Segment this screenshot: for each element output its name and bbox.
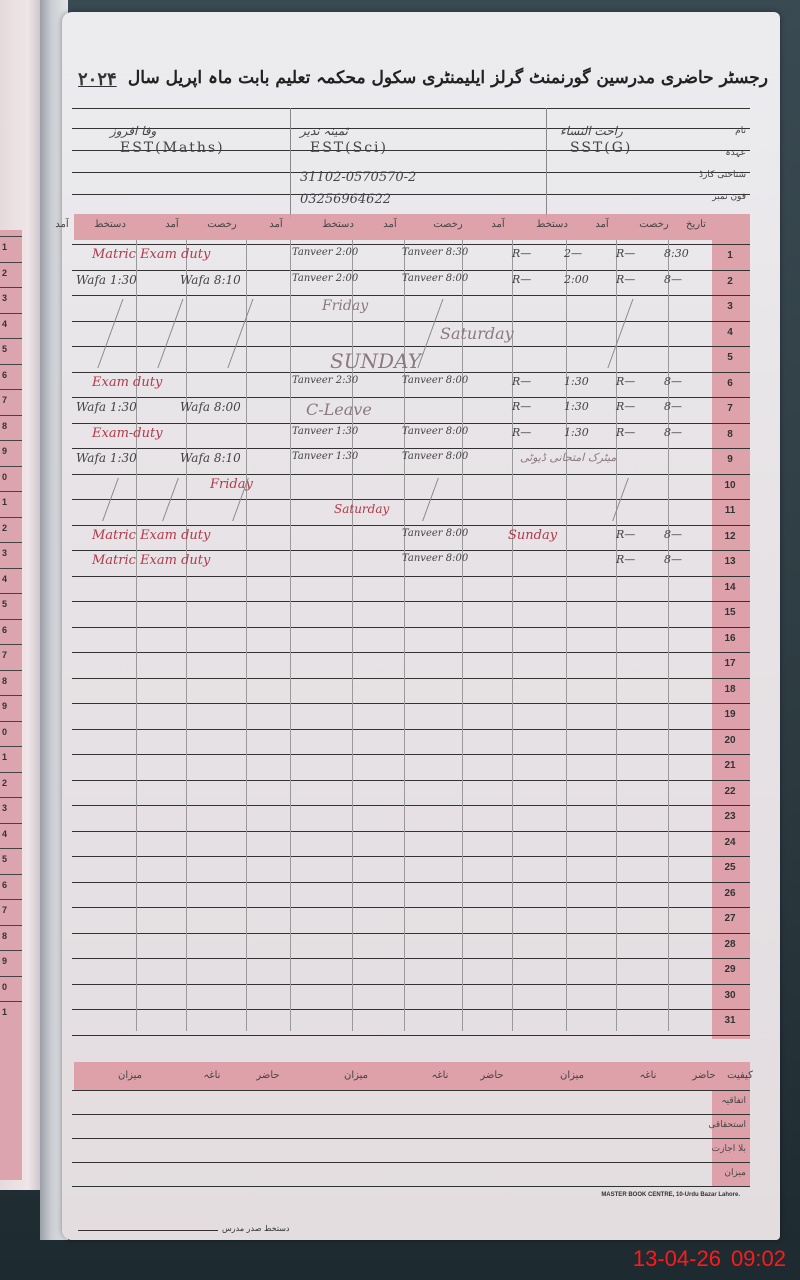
holiday-slash [98, 299, 124, 368]
row-rule [72, 652, 750, 653]
day-number: 24 [716, 837, 744, 848]
left-page-number: 5 [2, 854, 20, 864]
left-page-rule [0, 746, 22, 747]
left-page-number: 3 [2, 293, 20, 303]
teacher-designation: EST(Sci) [310, 140, 388, 156]
handwritten-entry: 8— [664, 426, 682, 439]
handwritten-entry: Tanveer 2:30 [292, 375, 358, 386]
row-rule [72, 448, 750, 449]
left-page-number: 6 [2, 625, 20, 635]
signature-label: دستخط صدر مدرس [222, 1224, 290, 1233]
row-rule [72, 397, 750, 398]
row-rule [72, 703, 750, 704]
column-header: آمد [42, 219, 82, 230]
handwritten-entry: Tanveer 1:30 [292, 426, 358, 437]
day-number: 25 [716, 862, 744, 873]
left-page-rule [0, 670, 22, 671]
handwritten-entry: Saturday [334, 502, 389, 516]
left-page-rule [0, 593, 22, 594]
row-rule [72, 958, 750, 959]
left-page-number: 5 [2, 344, 20, 354]
handwritten-entry: Sunday [508, 528, 557, 543]
row-rule [72, 346, 750, 347]
handwritten-entry: میٹرک امتحانی ڈیوٹی [520, 451, 616, 464]
handwritten-entry: 8— [664, 375, 682, 388]
day-number: 31 [716, 1015, 744, 1026]
left-page-rule [0, 262, 22, 263]
holiday-slash [158, 299, 184, 368]
summary-rule [72, 1114, 750, 1115]
left-page-number: 1 [2, 497, 20, 507]
left-page-number: 0 [2, 472, 20, 482]
left-page-rule [0, 389, 22, 390]
handwritten-entry: R— [512, 400, 531, 413]
summary-rule [72, 1090, 750, 1091]
day-number: 29 [716, 964, 744, 975]
handwritten-entry: Wafa 1:30 [76, 451, 137, 465]
timestamp-date: 13-04-26 [633, 1246, 721, 1271]
summary-header: کیفیت [720, 1070, 760, 1081]
day-number: 16 [716, 633, 744, 644]
row-rule [72, 754, 750, 755]
handwritten-entry: Matric Exam duty [92, 528, 210, 543]
teacher-designation: SST(G) [570, 140, 632, 156]
left-page-number: 7 [2, 395, 20, 405]
year-value: ۲۰۲۴ [78, 69, 117, 90]
header-divider [546, 108, 547, 218]
left-page-number: 3 [2, 548, 20, 558]
handwritten-entry: 8— [664, 400, 682, 413]
left-page-rule [0, 695, 22, 696]
handwritten-entry: R— [616, 528, 635, 541]
header-rule [72, 108, 750, 109]
handwritten-entry: R— [512, 247, 531, 260]
handwritten-entry: C-Leave [306, 400, 372, 419]
summary-header: میزان [336, 1070, 376, 1081]
left-page-number: 4 [2, 319, 20, 329]
camera-timestamp: 13-04-2609:02 [623, 1246, 786, 1272]
left-page-rule [0, 823, 22, 824]
column-header: دستخط [90, 219, 130, 230]
column-header: رخصت [202, 219, 242, 230]
day-number: 26 [716, 888, 744, 899]
handwritten-entry: Friday [322, 298, 368, 314]
handwritten-entry: R— [512, 273, 531, 286]
day-number: 22 [716, 786, 744, 797]
handwritten-entry: 8:30 [664, 247, 689, 260]
handwritten-entry: Tanveer 8:00 [402, 553, 468, 564]
day-number: 14 [716, 582, 744, 593]
left-page-rule [0, 899, 22, 900]
row-rule [72, 1009, 750, 1010]
column-rule [246, 240, 247, 1031]
row-rule [72, 576, 750, 577]
summary-rule [72, 1186, 750, 1187]
left-page-rule [0, 542, 22, 543]
holiday-slash [608, 299, 634, 368]
column-header: آمد [256, 219, 296, 230]
handwritten-entry: R— [616, 553, 635, 566]
left-page-rule [0, 874, 22, 875]
day-number: 4 [716, 327, 744, 338]
signature-line [78, 1230, 218, 1231]
column-rule [566, 240, 567, 1031]
handwritten-entry: 2— [564, 247, 582, 260]
holiday-slash [228, 299, 254, 368]
teacher-name: ثمینہ نذیر [300, 124, 348, 138]
handwritten-entry: Wafa 8:00 [180, 400, 241, 414]
teacher-name: وفا افروز [110, 124, 156, 138]
left-page-rule [0, 644, 22, 645]
header-row-label: نام [735, 126, 746, 136]
left-page-number: 2 [2, 523, 20, 533]
left-page-number: 7 [2, 650, 20, 660]
column-header: رخصت [428, 219, 468, 230]
handwritten-entry: 2:00 [564, 273, 589, 286]
handwritten-entry: Tanveer 8:00 [402, 426, 468, 437]
handwritten-entry: Saturday [440, 324, 514, 343]
header-row-label: شناختی کارڈ [699, 170, 746, 180]
day-number: 17 [716, 658, 744, 669]
handwritten-entry: Exam duty [92, 375, 162, 390]
summary-row-label: استحقاقی [708, 1120, 746, 1130]
column-header: آمد [370, 219, 410, 230]
handwritten-entry: R— [512, 375, 531, 388]
column-header: آمد [152, 219, 192, 230]
left-page-rule [0, 517, 22, 518]
left-page-number: 4 [2, 829, 20, 839]
day-number: 3 [716, 301, 744, 312]
summary-header: حاضر [248, 1070, 288, 1081]
left-page-rule [0, 848, 22, 849]
row-rule [72, 984, 750, 985]
day-number: 15 [716, 607, 744, 618]
column-rule [668, 240, 669, 1031]
teacher-phone: 03256964622 [300, 192, 391, 207]
row-rule [72, 831, 750, 832]
row-rule [72, 856, 750, 857]
left-page-number: 3 [2, 803, 20, 813]
left-page-rule [0, 568, 22, 569]
day-number: 21 [716, 760, 744, 771]
handwritten-entry: Tanveer 8:00 [402, 528, 468, 539]
publisher-imprint: MASTER BOOK CENTRE, 10-Urdu Bazar Lahore… [601, 1192, 740, 1198]
timestamp-time: 09:02 [731, 1246, 786, 1271]
row-rule [72, 780, 750, 781]
handwritten-entry: Tanveer 8:00 [402, 273, 468, 284]
header-rule [72, 194, 750, 195]
column-header: آمد [478, 219, 518, 230]
column-header: تاریخ [676, 219, 716, 230]
teacher-name: راحت النساء [560, 124, 623, 138]
row-rule [72, 882, 750, 883]
left-page-rule [0, 466, 22, 467]
row-rule [72, 244, 750, 245]
summary-header: میزان [552, 1070, 592, 1081]
handwritten-entry: Wafa 8:10 [180, 273, 241, 287]
register-page: رجسٹر حاضری مدرسین گورنمنٹ گرلز ایلیمنٹر… [62, 12, 780, 1240]
left-page-number: 1 [2, 1007, 20, 1017]
column-header: آمد [582, 219, 622, 230]
header-row-label: عہدہ [725, 148, 746, 158]
summary-header: حاضر [472, 1070, 512, 1081]
day-number: 1 [716, 250, 744, 261]
handwritten-entry: Tanveer 1:30 [292, 451, 358, 462]
handwritten-entry: R— [616, 426, 635, 439]
left-page-number: 4 [2, 574, 20, 584]
day-number: 9 [716, 454, 744, 465]
column-rule [186, 240, 187, 1031]
handwritten-entry: 8— [664, 553, 682, 566]
left-page-rule [0, 797, 22, 798]
row-rule [72, 550, 750, 551]
summary-rule [72, 1162, 750, 1163]
left-page-rule [0, 619, 22, 620]
left-page-number: 0 [2, 727, 20, 737]
day-number: 2 [716, 276, 744, 287]
row-rule [72, 270, 750, 271]
left-page-number: 5 [2, 599, 20, 609]
day-number: 27 [716, 913, 744, 924]
title-text: رجسٹر حاضری مدرسین گورنمنٹ گرلز ایلیمنٹر… [128, 68, 768, 88]
left-page-number: 7 [2, 905, 20, 915]
column-header: رخصت [634, 219, 674, 230]
left-page-number: 8 [2, 931, 20, 941]
handwritten-entry: Wafa 1:30 [76, 400, 137, 414]
handwritten-entry: Wafa 8:10 [180, 451, 241, 465]
left-page-number: 8 [2, 676, 20, 686]
summary-header: ناغہ [192, 1070, 232, 1081]
handwritten-entry: SUNDAY [330, 349, 421, 373]
row-rule [72, 805, 750, 806]
left-page-rule [0, 287, 22, 288]
row-rule [72, 525, 750, 526]
day-number: 23 [716, 811, 744, 822]
day-number: 12 [716, 531, 744, 542]
handwritten-entry: R— [512, 426, 531, 439]
left-page-rule [0, 950, 22, 951]
column-header: دستخط [532, 219, 572, 230]
header-row-label: فون نمبر [712, 192, 746, 202]
summary-row-label: اتفاقیہ [721, 1096, 746, 1106]
left-page-number: 0 [2, 982, 20, 992]
left-page-rule [0, 491, 22, 492]
handwritten-entry: R— [616, 247, 635, 260]
left-page-rule [0, 440, 22, 441]
day-number: 30 [716, 990, 744, 1001]
day-number: 11 [716, 505, 744, 516]
left-page-number: 2 [2, 778, 20, 788]
handwritten-entry: Tanveer 8:00 [402, 375, 468, 386]
day-number: 6 [716, 378, 744, 389]
summary-row-label: بلا اجازت [712, 1144, 746, 1154]
handwritten-entry: Tanveer 8:30 [402, 247, 468, 258]
left-page-number: 8 [2, 421, 20, 431]
row-rule [72, 295, 750, 296]
left-page-number: 1 [2, 752, 20, 762]
left-page-rule [0, 313, 22, 314]
day-number: 13 [716, 556, 744, 567]
day-number: 8 [716, 429, 744, 440]
column-rule [512, 240, 513, 1031]
row-rule [72, 474, 750, 475]
header-divider [290, 108, 291, 218]
row-rule [72, 423, 750, 424]
day-number: 5 [716, 352, 744, 363]
left-page-number: 1 [2, 242, 20, 252]
page-title: رجسٹر حاضری مدرسین گورنمنٹ گرلز ایلیمنٹر… [72, 67, 768, 107]
row-rule [72, 907, 750, 908]
column-rule [136, 240, 137, 1031]
handwritten-entry: Wafa 1:30 [76, 273, 137, 287]
left-page-edge: 1234567890123456789012345678901 [0, 0, 40, 1190]
handwritten-entry: R— [616, 375, 635, 388]
handwritten-entry: Tanveer 8:00 [402, 451, 468, 462]
handwritten-entry: R— [616, 273, 635, 286]
day-number: 7 [716, 403, 744, 414]
left-page-number: 9 [2, 446, 20, 456]
left-page-number: 9 [2, 701, 20, 711]
summary-header: میزان [110, 1070, 150, 1081]
handwritten-entry: 8— [664, 273, 682, 286]
left-page-rule [0, 1001, 22, 1002]
left-page-rule [0, 772, 22, 773]
left-page-rule [0, 364, 22, 365]
column-header: دستخط [318, 219, 358, 230]
left-page-number: 9 [2, 956, 20, 966]
teacher-designation: EST(Maths) [120, 140, 225, 156]
left-page-rule [0, 236, 22, 237]
handwritten-entry: 1:30 [564, 400, 589, 413]
handwritten-entry: Matric Exam duty [92, 553, 210, 568]
left-page-rule [0, 925, 22, 926]
left-page-rule [0, 721, 22, 722]
left-page-rule [0, 338, 22, 339]
handwritten-entry: 8— [664, 528, 682, 541]
summary-header: ناغہ [420, 1070, 460, 1081]
left-page-rule [0, 415, 22, 416]
summary-header: ناغہ [628, 1070, 668, 1081]
left-page-rule [0, 976, 22, 977]
column-rule [616, 240, 617, 1031]
day-number: 20 [716, 735, 744, 746]
handwritten-entry: 1:30 [564, 375, 589, 388]
day-number: 28 [716, 939, 744, 950]
handwritten-entry: Exam-duty [92, 426, 163, 441]
left-page-number: 6 [2, 370, 20, 380]
summary-rule [72, 1138, 750, 1139]
handwritten-entry: Tanveer 2:00 [292, 273, 358, 284]
header-rule [72, 128, 750, 129]
day-number: 10 [716, 480, 744, 491]
summary-header: حاضر [684, 1070, 724, 1081]
handwritten-entry: Tanveer 2:00 [292, 247, 358, 258]
row-rule [72, 499, 750, 500]
row-rule [72, 627, 750, 628]
handwritten-entry: 1:30 [564, 426, 589, 439]
row-rule [72, 601, 750, 602]
handwritten-entry: R— [616, 400, 635, 413]
teacher-cnic: 31102-0570570-2 [300, 170, 416, 185]
row-rule [72, 729, 750, 730]
row-rule [72, 678, 750, 679]
handwritten-entry: Matric Exam duty [92, 247, 210, 262]
row-rule [72, 933, 750, 934]
summary-row-label: میزان [724, 1168, 746, 1178]
day-number: 19 [716, 709, 744, 720]
left-page-number: 2 [2, 268, 20, 278]
day-number: 18 [716, 684, 744, 695]
column-rule [290, 240, 291, 1031]
left-page-number: 6 [2, 880, 20, 890]
column-rule [462, 240, 463, 1031]
row-rule [72, 1035, 750, 1036]
